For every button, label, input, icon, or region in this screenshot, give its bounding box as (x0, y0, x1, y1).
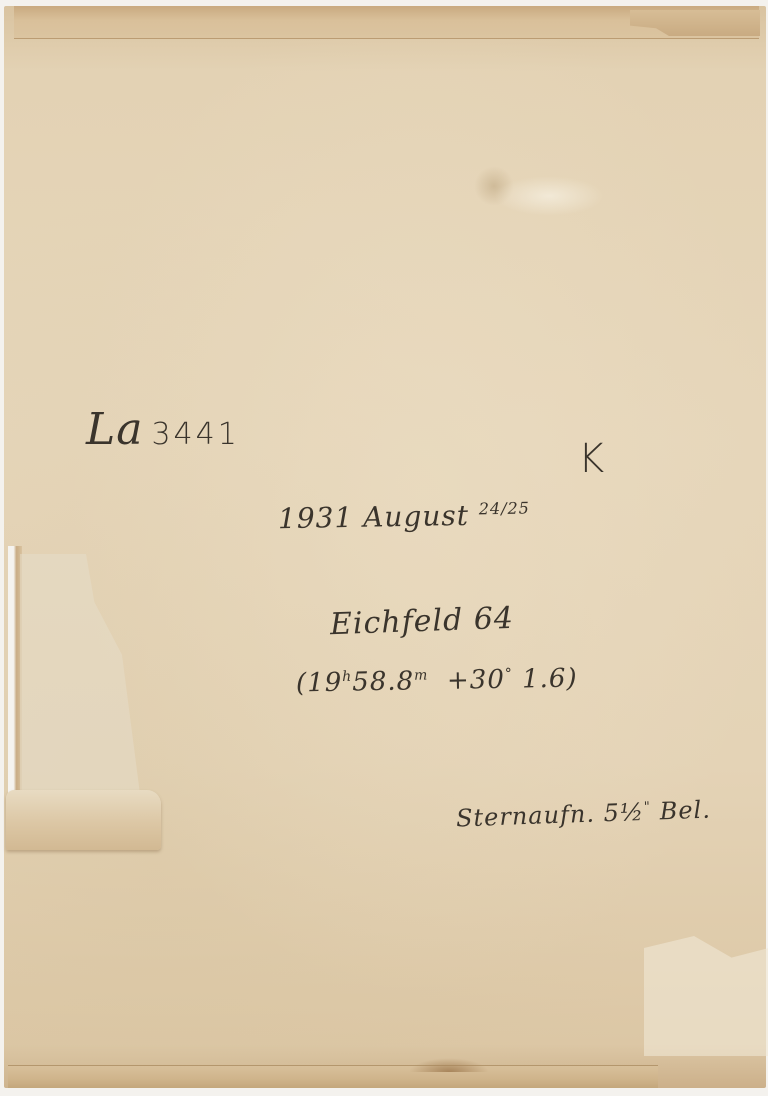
field-coordinates: (19h58.8m +30° 1.6) (296, 664, 578, 699)
envelope-paper (4, 6, 766, 1088)
field-name: Eichfeld 64 (329, 601, 514, 642)
instrument-size: 5½ (603, 798, 644, 827)
dec-minutes: 1.6 (522, 664, 567, 695)
observation-date: 1931 August 24/25 (278, 498, 531, 535)
abrasion-mark (494, 176, 604, 216)
catalog-prefix: La (86, 404, 143, 455)
ra-hours: 19 (307, 668, 343, 699)
instrument-suffix: Bel. (659, 796, 711, 826)
ra-hours-unit: h (342, 669, 352, 685)
torn-paper-area (20, 554, 140, 794)
instrument-name: Sternaufn. (456, 800, 596, 833)
folded-torn-flap (6, 790, 161, 850)
scanned-envelope: La3441 K 1931 August 24/25 Eichfeld 64 (… (0, 0, 768, 1096)
bottom-folded-edge (8, 1065, 658, 1088)
instrument-size-unit: " (644, 800, 652, 815)
ra-minutes-unit: m (414, 667, 429, 683)
faded-corner-patch (644, 936, 768, 1056)
ra-minutes: 58.8 (352, 666, 414, 697)
date-text: 1931 August (278, 499, 470, 535)
left-torn-edge (8, 546, 22, 796)
dec-degrees-unit: ° (505, 666, 513, 682)
dec-degrees: +30 (447, 665, 505, 696)
catalog-number: 3441 (151, 417, 239, 452)
classification-mark: K (578, 436, 605, 482)
catalog-id: La3441 (86, 404, 240, 455)
paren-close: ) (566, 664, 578, 694)
date-nights: 24/25 (479, 498, 530, 518)
bottom-crease (409, 1058, 489, 1072)
paren-open: ( (296, 668, 308, 698)
